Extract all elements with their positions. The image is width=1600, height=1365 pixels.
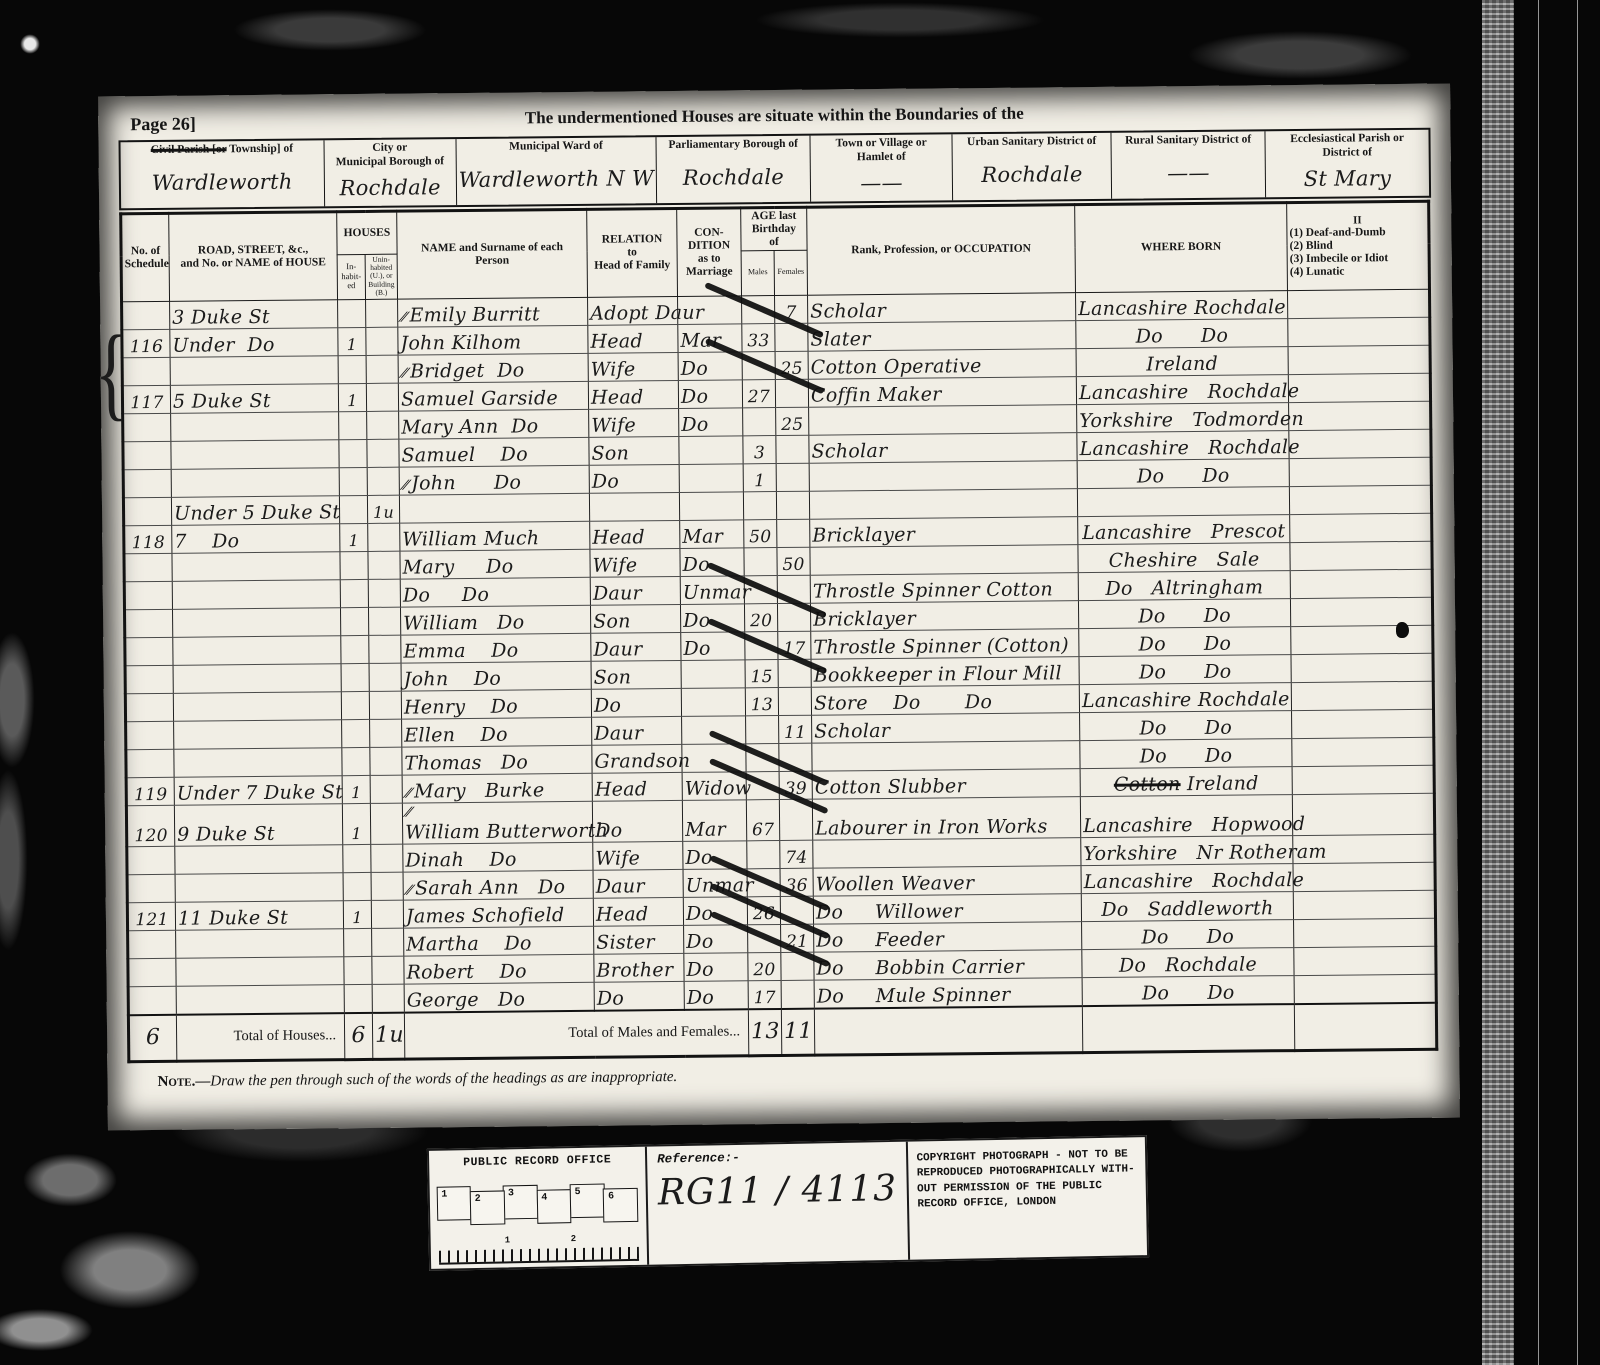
cell-inhab: 1 [338,327,366,355]
locality-field-value: —— [1167,161,1210,185]
cell-ageM: 15 [745,659,778,687]
hw-born: Lancashire Prescot [1082,520,1285,544]
household-separator-mark: // [396,365,409,382]
total-schedules: 6 [128,1014,176,1061]
cell-inhab [338,355,366,383]
locality-field-label: Parliamentary Borough of [659,138,808,153]
cell-ageF [777,603,810,631]
cell-sched [122,301,170,329]
cell-uninhab [370,775,402,803]
locality-field-value: Wardleworth N W [459,166,655,192]
hw-ageF: 39 [785,778,807,798]
scale-cell: 3 [503,1185,538,1220]
hw-occ: Bookkeeper in Flour Mill [814,662,1062,686]
locality-field-value: Rochdale [683,165,784,190]
cell-infirm [1291,625,1433,654]
hw-rel: Brother [596,959,673,982]
cell-ageM [747,868,780,896]
locality-field-value: —— [860,170,903,194]
hw-born: Do Do [1142,981,1235,1004]
cell-born: Do Do [1078,598,1290,628]
hw-name: Thomas Do [404,751,528,774]
hw-rel: Do [592,470,619,492]
hw-rel: Son [591,442,629,464]
cell-sched [128,930,176,958]
cell-uninhab [366,327,398,355]
total-uninhabited: 1u [372,1012,404,1059]
cell-sched [124,581,172,609]
cell-uninhab [372,984,404,1013]
hw-rel: Wife [591,358,636,380]
hw-name: Mary Ann Do [401,415,538,438]
cell-infirm [1289,457,1431,486]
cell-uninhab [368,607,400,635]
cell-inhab [343,844,371,872]
hw-ageM: 50 [749,527,771,547]
cell-infirm [1292,737,1434,766]
hw-born: Do Do [1139,660,1232,683]
cell-occ [810,544,1078,575]
cell-born: Do Do [1077,458,1289,488]
cell-name: Henry Do [401,689,591,719]
cell-occ: Store Do Do [811,684,1079,715]
cell-occ: Coffin Maker [808,376,1076,407]
cell-road [172,607,340,637]
cell-ageF: 74 [780,840,813,868]
ink-blot [1396,622,1409,638]
hw-cond: Mar [685,818,726,840]
hw-rel: Daur [593,582,642,604]
cell-born: Do Do [1080,710,1292,740]
hw-rel: Son [593,610,631,632]
cell-born: Lancashire Hopwood [1080,794,1292,837]
hw-born: Do Do [1139,716,1232,739]
hw-ageM: 27 [748,387,770,407]
cell-ageM: 3 [743,435,776,463]
cell-inhab [344,984,372,1013]
locality-header-fields: Civil Parish [or Township] ofWardleworth… [118,128,1431,211]
cell-rel: Daur [593,869,683,898]
empty-cell [1082,1004,1294,1053]
cell-name: Ellen Do [402,717,592,747]
hw-ageM: 33 [747,331,769,351]
hw-born: Do Altringham [1105,576,1263,600]
cell-cond: Widow [682,771,746,800]
cell-born: Lancashire Rochdale [1077,430,1289,460]
hw-born: Do Do [1141,925,1234,948]
cell-ageM [746,771,779,799]
total-houses-label: Total of Houses... [176,1013,344,1061]
cell-born: Lancashire Rochdale [1076,290,1288,320]
cell-inhab [338,299,366,327]
cell-rel: Daur [591,632,681,661]
hw-ageF: 11 [784,722,806,742]
header-where-born: WHERE BORN [1075,203,1288,293]
hw-inhab: 1 [351,783,362,802]
cell-name: //John Do [399,465,589,495]
cell-inhab [341,663,369,691]
hw-ageM: 1 [754,471,765,491]
cell-infirm [1292,793,1434,835]
cell-sched [128,986,176,1015]
cell-name: Samuel Garside [398,381,588,411]
hw-rel: Do [594,694,621,716]
cell-ageM: 20 [744,603,777,631]
cell-infirm [1288,317,1430,346]
cell-rel: Head [588,380,678,409]
cell-infirm [1290,569,1432,598]
cell-infirm [1293,862,1435,891]
hw-occ: Labourer in Iron Works [815,815,1048,839]
cell-uninhab [371,872,403,900]
scale-cell: 6 [603,1188,638,1223]
column-headers: No. of Schedule ROAD, STREET, &c., and N… [121,201,1430,301]
hw-name: James Schofield [406,904,565,928]
hw-sched: 116 [130,336,164,356]
hw-occ: Throstle Spinner (Cotton) [813,634,1069,658]
header-infirmities-title: II [1289,214,1425,228]
scale-cell: 4 [536,1189,571,1224]
hw-name: Henry Do [404,695,518,718]
cell-rel: Head [592,772,682,801]
cell-road [173,635,341,665]
cell-sched [123,469,171,497]
hw-uninhab: 1u [373,502,394,521]
hw-ageM: 67 [752,820,774,840]
total-males: 13 [748,1009,781,1056]
cell-ageM [746,715,779,743]
cell-uninhab [370,719,402,747]
cell-ageF [776,435,809,463]
cell-ageF [779,799,812,840]
cell-uninhab [372,956,404,984]
cell-road: 9 Duke St [174,803,342,846]
cell-sched [126,749,174,777]
hw-ageM: 20 [750,611,772,631]
cell-cond [682,715,746,744]
hw-ageF: 50 [782,554,804,574]
cell-uninhab [369,635,401,663]
hw-born: Ireland [1146,352,1218,375]
cell-infirm [1288,289,1430,318]
cell-infirm [1290,597,1432,626]
cell-uninhab: 1u [367,495,399,523]
cell-sched [123,497,171,525]
hw-cond: Mar [682,525,723,547]
hw-born: Cotton Ireland [1114,772,1259,795]
hw-occ: Do Mule Spinner [817,983,1011,1007]
cell-inhab: 1 [338,383,366,411]
hw-born: Lancashire Rochdale [1079,436,1300,460]
cell-inhab [340,579,368,607]
cell-born: Do Do [1076,318,1288,348]
cell-uninhab [366,383,398,411]
cell-sched [123,441,171,469]
hw-born: Yorkshire Nr Rotheram [1083,840,1327,864]
hw-sched: 119 [134,784,168,804]
hw-born: Lancashire Rochdale [1078,296,1286,320]
household-separator-mark: // [397,477,410,494]
cell-cond [681,659,745,688]
cell-occ: Bricklayer [810,600,1078,631]
cell-sched [127,846,175,874]
cell-ageF: 39 [779,771,812,799]
cell-sched [122,357,170,385]
cell-occ: Throstle Spinner (Cotton) [811,628,1079,659]
cell-infirm [1290,541,1432,570]
cell-sched: 119 [126,777,174,805]
hw-born: Do Do [1139,632,1232,655]
cell-sched: 116 [122,329,170,357]
hw-occ: Cotton Operative [811,355,982,379]
cell-uninhab [368,551,400,579]
cell-rel: Do [589,464,679,493]
hw-road: 7 Do [174,530,239,553]
cell-infirm [1289,429,1431,458]
hw-born: Lancashire Hopwood [1083,813,1305,837]
cell-inhab: 1 [340,523,368,551]
cell-cond: Do [680,547,744,576]
header-condition: CON- DITION as to Marriage [677,208,742,296]
locality-field-label: Ecclesiastical Parish or District of [1268,132,1427,161]
cell-rel: Wife [593,841,683,870]
cell-name: Emma Do [401,633,591,663]
film-scratch-line [1577,0,1578,1365]
hw-born: Lancashire Rochdale [1084,869,1305,893]
cell-name: Mary Ann Do [399,409,589,439]
cell-road: 3 Duke St [170,299,338,329]
cell-born: Do Do [1079,654,1291,684]
hw-ageM: 17 [754,988,776,1008]
hw-occ: Throstle Spinner Cotton [813,578,1053,602]
cell-cond: Do [683,896,747,925]
cell-uninhab [369,663,401,691]
cell-occ: Scholar [812,712,1080,743]
hw-occ: Scholar [810,300,886,323]
cell-name: //Bridget Do [398,353,588,383]
hw-name: Samuel Do [401,443,528,466]
hw-name: Emma Do [403,639,518,662]
hw-rel: Head [592,526,645,549]
cell-occ: Bookkeeper in Flour Mill [811,656,1079,687]
household-separator-mark: // [400,785,413,802]
cell-ageM [743,491,776,519]
cell-name: Do Do [400,577,590,607]
cell-ageM: 33 [742,323,775,351]
cell-road [171,411,339,441]
hw-name: Dinah Do [405,848,516,871]
cell-road [172,579,340,609]
cell-born: Cotton Ireland [1080,766,1292,796]
cell-occ: Throstle Spinner Cotton [810,572,1078,603]
hw-ageF: 21 [786,931,808,951]
hw-road: 11 Duke St [178,906,288,929]
cell-ageF: 50 [777,547,810,575]
cell-ageM [747,840,780,868]
cell-ageF: 17 [778,631,811,659]
locality-field-value: Wardleworth [152,169,293,194]
cell-name: Robert Do [404,954,594,984]
hw-rel: Head [591,386,644,409]
cell-occ: Do Bobbin Carrier [814,949,1082,980]
hw-occ: Do Bobbin Carrier [816,955,1024,979]
hw-road: 9 Duke St [177,822,275,845]
hw-cond: Do [682,553,709,575]
hw-inhab: 1 [351,824,362,843]
cell-cond [682,743,746,772]
hw-rel: Son [594,666,632,688]
cell-rel: Wife [588,352,678,381]
cell-ageF [776,491,809,519]
hw-occ: Woollen Weaver [816,872,975,896]
cell-ageM [744,547,777,575]
cell-road [171,439,339,469]
hw-born: Do Do [1137,464,1230,487]
hw-name: John Kilhom [400,331,521,354]
cell-infirm [1292,765,1434,794]
cell-infirm [1293,890,1435,919]
hw-born: Lancashire Rochdale [1082,688,1290,712]
hw-cond: Do [687,986,714,1008]
cell-rel: Son [589,436,679,465]
cell-road [175,844,343,874]
cell-ageM [746,743,779,771]
hw-cond: Do [683,609,710,631]
cell-road: 5 Duke St [170,383,338,413]
cell-road [170,355,338,385]
hw-born: Do Rochdale [1119,953,1257,976]
cell-ageF: 36 [780,868,813,896]
cell-sched [127,874,175,902]
hw-rel: Daur [594,722,643,744]
cell-uninhab [367,467,399,495]
cell-inhab [342,719,370,747]
cell-inhab [344,928,372,956]
hw-name: John Do [411,471,521,494]
cell-infirm [1289,485,1431,514]
cell-sched: 121 [127,902,175,930]
cell-name: William Much [400,521,590,551]
cell-name: John Do [401,661,591,691]
hw-inhab: 1 [347,391,358,410]
hw-cond: Do [683,637,710,659]
cell-road [174,719,342,749]
cell-uninhab [366,299,398,327]
header-inhabited: In- habit- ed [337,254,365,299]
cell-road: Under 5 Duke St [171,495,339,525]
cell-infirm [1290,513,1432,542]
cell-ageF: 25 [776,407,809,435]
cell-inhab [341,635,369,663]
hw-sched: 118 [132,532,166,552]
cell-cond: Mar [678,323,742,352]
cell-born: Lancashire Rochdale [1081,863,1293,893]
locality-field-value: St Mary [1304,166,1392,191]
cell-occ: Woollen Weaver [813,865,1081,896]
locality-field-6: Rural Sanitary District of—— [1111,131,1266,198]
cell-infirm [1288,345,1430,374]
cell-born: Lancashire Prescot [1078,514,1290,544]
cell-sched [125,637,173,665]
cell-occ: Cotton Slubber [812,768,1080,799]
hw-sched: 117 [130,392,164,412]
cell-road: Under 7 Duke St [174,775,342,805]
census-table: No. of Schedule ROAD, STREET, &c., and N… [119,200,1438,1063]
cell-ageF: 11 [779,715,812,743]
cell-road: Under Do [170,327,338,357]
hw-born: Yorkshire Todmorden [1079,408,1304,432]
cell-inhab: 1 [343,900,371,928]
hw-occ: Do Feeder [816,928,944,951]
cell-cond: Do [684,924,748,953]
cell-road [171,467,339,497]
cell-name: William Do [400,605,590,635]
cell-sched [128,958,176,986]
header-age-females: Females [774,250,807,295]
hw-rel: Wife [591,414,636,436]
cell-cond: Do [683,840,747,869]
cell-occ: Scholar [809,432,1077,463]
cell-road [176,928,344,958]
cell-ageM: 17 [748,980,781,1009]
cell-sched [125,665,173,693]
cell-rel: Brother [594,953,684,982]
cell-ageF [777,519,810,547]
hw-cond: Mar [680,329,721,351]
hw-occ: Scholar [814,720,890,743]
cell-uninhab [370,747,402,775]
cell-inhab: 1 [342,803,370,844]
cell-inhab [339,439,367,467]
cell-born: Lancashire Rochdale [1076,374,1288,404]
hw-occ: Cotton Slubber [815,775,966,798]
cell-ageM: 67 [746,799,779,840]
cell-born: Do Altringham [1078,570,1290,600]
cell-road [176,984,344,1014]
cell-road [176,956,344,986]
hw-name: Samuel Garside [401,387,558,411]
hw-rel: Head [596,903,649,926]
hw-name: Emily Burritt [409,303,540,326]
hw-ageF: 17 [783,638,805,658]
cell-uninhab [368,579,400,607]
cell-ageF [781,952,814,980]
hw-born: Cheshire Sale [1109,548,1260,571]
cell-ageF: 7 [775,295,808,323]
hw-cond: Widow [685,777,752,800]
cell-road: 11 Duke St [175,900,343,930]
cell-cond: Unmar [683,868,747,897]
cell-rel: Head [593,897,683,926]
cell-ageF [776,463,809,491]
total-females: 11 [781,1008,814,1055]
hw-sched: 121 [135,909,169,929]
cell-sched [124,553,172,581]
footnote-text: Draw the pen through such of the words o… [210,1069,677,1089]
cell-uninhab [369,691,401,719]
cell-rel: Do [594,981,684,1010]
cell-cond: Do [678,379,742,408]
hw-occ: Bricklayer [813,607,916,630]
cell-occ: Do Mule Spinner [814,977,1082,1008]
hw-cond: Do [686,902,713,924]
hw-cond: Do [681,357,708,379]
locality-field-7: Ecclesiastical Parish or District ofSt M… [1265,130,1430,198]
cell-uninhab [368,523,400,551]
hw-name: Mary Do [403,555,514,578]
cell-infirm [1291,681,1433,710]
cell-sched: 117 [122,385,170,413]
